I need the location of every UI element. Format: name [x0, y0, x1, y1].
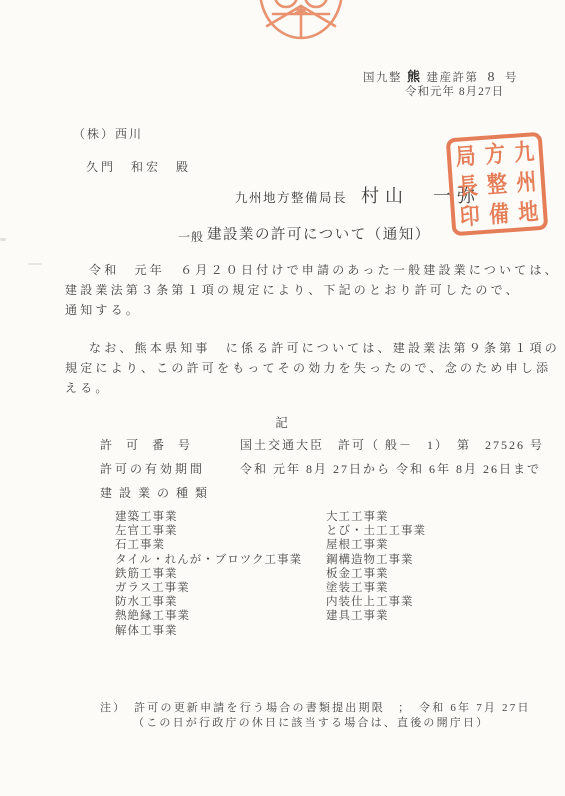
permit-number-value: 国土交通大臣 許可（ 般－ 1） 第 27526 号 — [240, 436, 544, 453]
license-type: 左官工事業 — [115, 524, 302, 538]
license-type: タイル・れんが・ブロツク工事業 — [115, 553, 302, 567]
ref-office-stamp: 熊 — [407, 69, 422, 84]
subject-line: 一般建設業の許可について（通知） — [178, 223, 431, 245]
para2-line3: える。 — [65, 378, 560, 398]
seal-char: 九 — [513, 140, 535, 164]
license-type: 鉄筋工事業 — [115, 567, 302, 581]
license-type: 防水工事業 — [115, 595, 302, 609]
license-type: 内装仕上工事業 — [326, 595, 426, 609]
seal-char: 方 — [484, 142, 506, 166]
para1-line3: 通知する。 — [65, 300, 560, 320]
recipient-company: （株）西川 — [73, 125, 143, 142]
footer-note: 注） 許可の更新申請を行う場合の書類提出期限 ； 令和 6年 7月 27日 （こ… — [100, 701, 531, 730]
para1-line2: 建設業法第３条第１項の規定により、下記のとおり許可したので、 — [65, 280, 560, 300]
license-type: 石工事業 — [115, 538, 302, 552]
ref-suffix: 号 — [505, 72, 518, 84]
license-type: とび・土工工事業 — [326, 524, 426, 538]
scan-smudge — [0, 238, 6, 241]
license-types-right-column: 大工工事業 とび・土工工事業 屋根工事業 鋼構造物工事業 板金工事業 塗装工事業… — [326, 510, 426, 624]
seal-char: 整 — [486, 172, 508, 196]
license-type: 屋根工事業 — [326, 538, 426, 552]
license-type: ガラス工事業 — [115, 581, 302, 595]
license-type: 解体工事業 — [115, 624, 302, 638]
body-paragraph-1: 令和 元年 ６月２０日付けで申請のあった一般建設業については、 建設業法第３条第… — [65, 260, 560, 320]
subject-prefix: 一般 — [178, 230, 204, 244]
subject-main: 建設業の許可について（通知） — [207, 227, 431, 243]
official-square-seal: 局 方 九 長 整 州 印 備 地 — [446, 132, 549, 236]
seal-char: 長 — [457, 174, 479, 198]
seal-char: 備 — [488, 202, 510, 226]
permit-number-label: 許可番号 — [100, 436, 204, 453]
note-line1: 注） 許可の更新申請を行う場合の書類提出期限 ； 令和 6年 7月 27日 — [100, 701, 531, 716]
note-line2: （この日が行政庁の休日に該当する場合は、直後の開庁日） — [100, 716, 531, 731]
seal-char: 局 — [455, 144, 477, 168]
sender-line: 九州地方整備局長村山 一弥 — [235, 182, 481, 208]
ki-heading: 記 — [0, 413, 565, 431]
sender-title: 九州地方整備局長 — [235, 191, 347, 205]
license-type: 建築工事業 — [115, 510, 302, 524]
para2-line2: 規定により、この許可をもってその効力を失ったので、念のため申し添 — [65, 358, 560, 378]
license-types-left-column: 建築工事業 左官工事業 石工事業 タイル・れんが・ブロツク工事業 鉄筋工事業 ガ… — [115, 510, 302, 638]
license-type: 塗装工事業 — [326, 581, 426, 595]
validity-label: 許可の有効期間 — [100, 460, 205, 477]
license-type: 大工工事業 — [326, 510, 426, 524]
para2-line1: なお、熊本県知事 に係る許可については、建設業法第９条第１項の — [65, 338, 560, 358]
top-round-stamp-icon — [255, 0, 347, 46]
seal-char: 州 — [515, 170, 537, 194]
recipient-person: 久門 和宏 殿 — [86, 158, 191, 175]
scan-smudge — [28, 263, 42, 265]
seal-char: 地 — [518, 200, 540, 224]
body-paragraph-2: なお、熊本県知事 に係る許可については、建設業法第９条第１項の 規定により、この… — [65, 338, 560, 398]
permit-notification-document: 国九整熊建産許第8号 令和元年 8月27日 （株）西川 久門 和宏 殿 九州地方… — [0, 0, 565, 796]
seal-char: 印 — [459, 204, 481, 228]
para1-line1: 令和 元年 ６月２０日付けで申請のあった一般建設業については、 — [65, 260, 560, 280]
validity-value: 令和 元年 8月 27日から 令和 6年 8月 26日まで — [240, 460, 541, 477]
types-label: 建設業の種類 — [100, 484, 214, 501]
license-type: 熱絶縁工事業 — [115, 609, 302, 623]
issue-date: 令和元年 8月27日 — [405, 83, 504, 99]
license-type: 板金工事業 — [326, 567, 426, 581]
license-type: 建具工事業 — [326, 609, 426, 623]
license-type: 鋼構造物工事業 — [326, 553, 426, 567]
ref-prefix: 国九整 — [363, 72, 402, 84]
